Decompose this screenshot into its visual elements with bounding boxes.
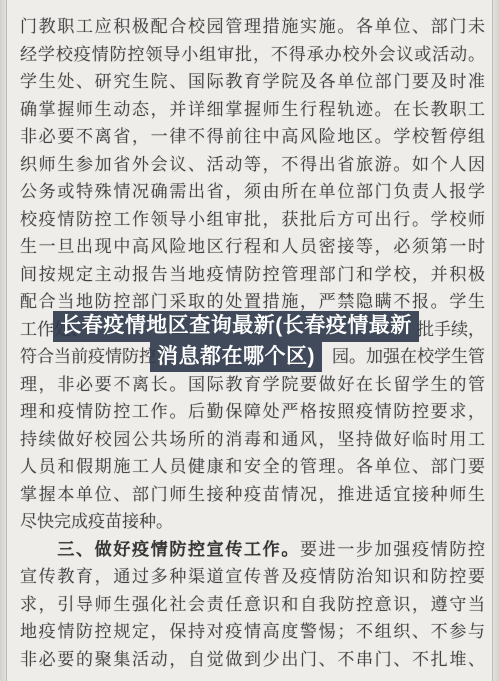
doc-line: 非必要的聚集活动，自觉做到少出门、不串门、不扎堆、 xyxy=(20,646,485,674)
doc-line: 确掌握师生动态，并详细掌握师生行程轨迹。在长教职工 xyxy=(20,96,485,124)
doc-line: 符合当前疫情防控园。加强在校学生管 xyxy=(20,343,485,371)
doc-line: 理和疫情防控工作。后勤保障处严格按照疫情防控要求， xyxy=(20,398,485,426)
doc-line: 生一旦出现中高风险地区行程和人员密接等，必须第一时 xyxy=(20,233,485,261)
doc-line: 校疫情防控工作领导小组审批，获批后方可出行。学校师 xyxy=(20,206,485,234)
doc-line: 配合当地防控部门采取的处置措施，严禁隐瞒不报。学生 xyxy=(20,288,485,316)
doc-line: 掌握本单位、部门师生接种疫苗情况，推进适宜接种师生 xyxy=(20,481,485,509)
doc-line: 持续做好校园公共场所的消毒和通风，坚持做好临时用工 xyxy=(20,426,485,454)
scanned-document-page: 门教职工应积极配合校园管理措施实施。各单位、部门未经学校疫情防控领导小组审批，不… xyxy=(0,0,500,681)
document-text-body: 门教职工应积极配合校园管理措施实施。各单位、部门未经学校疫情防控领导小组审批，不… xyxy=(20,13,485,673)
doc-line: 非必要不离省，一律不得前往中高风险地区。学校暂停组 xyxy=(20,123,485,151)
doc-line: 宣传教育，通过多种渠道宣传普及疫情防治知识和防控要 xyxy=(20,563,485,591)
doc-line: 工作处、批手续， xyxy=(20,316,485,344)
doc-line: 人员和假期施工人员健康和安全的管理。各单位、部门要 xyxy=(20,453,485,481)
page-right-edge xyxy=(492,0,500,681)
page-left-edge xyxy=(0,0,7,681)
doc-line: 经学校疫情防控领导小组审批，不得承办校外会议或活动。 xyxy=(20,41,485,69)
doc-line: 理，非必要不离长。国际教育学院要做好在长留学生的管 xyxy=(20,371,485,399)
doc-line: 间按规定主动报告当地疫情防控管理部门和学校，并积极 xyxy=(20,261,485,289)
doc-line: 地疫情防控规定，保持对疫情高度警惕；不组织、不参与 xyxy=(20,618,485,646)
doc-line: 求，引导师生强化社会责任意识和自我防控意识，遵守当 xyxy=(20,591,485,619)
doc-line: 尽快完成疫苗接种。 xyxy=(20,508,485,536)
doc-line: 三、做好疫情防控宣传工作。要进一步加强疫情防控 xyxy=(20,536,485,564)
doc-line: 门教职工应积极配合校园管理措施实施。各单位、部门未 xyxy=(20,13,485,41)
doc-line: 织师生参加省外会议、活动等，不得出省旅游。如个人因 xyxy=(20,151,485,179)
doc-line: 公务或特殊情况确需出省，须由所在单位部门负责人报学 xyxy=(20,178,485,206)
doc-line: 学生处、研究生院、国际教育学院及各单位部门要及时准 xyxy=(20,68,485,96)
